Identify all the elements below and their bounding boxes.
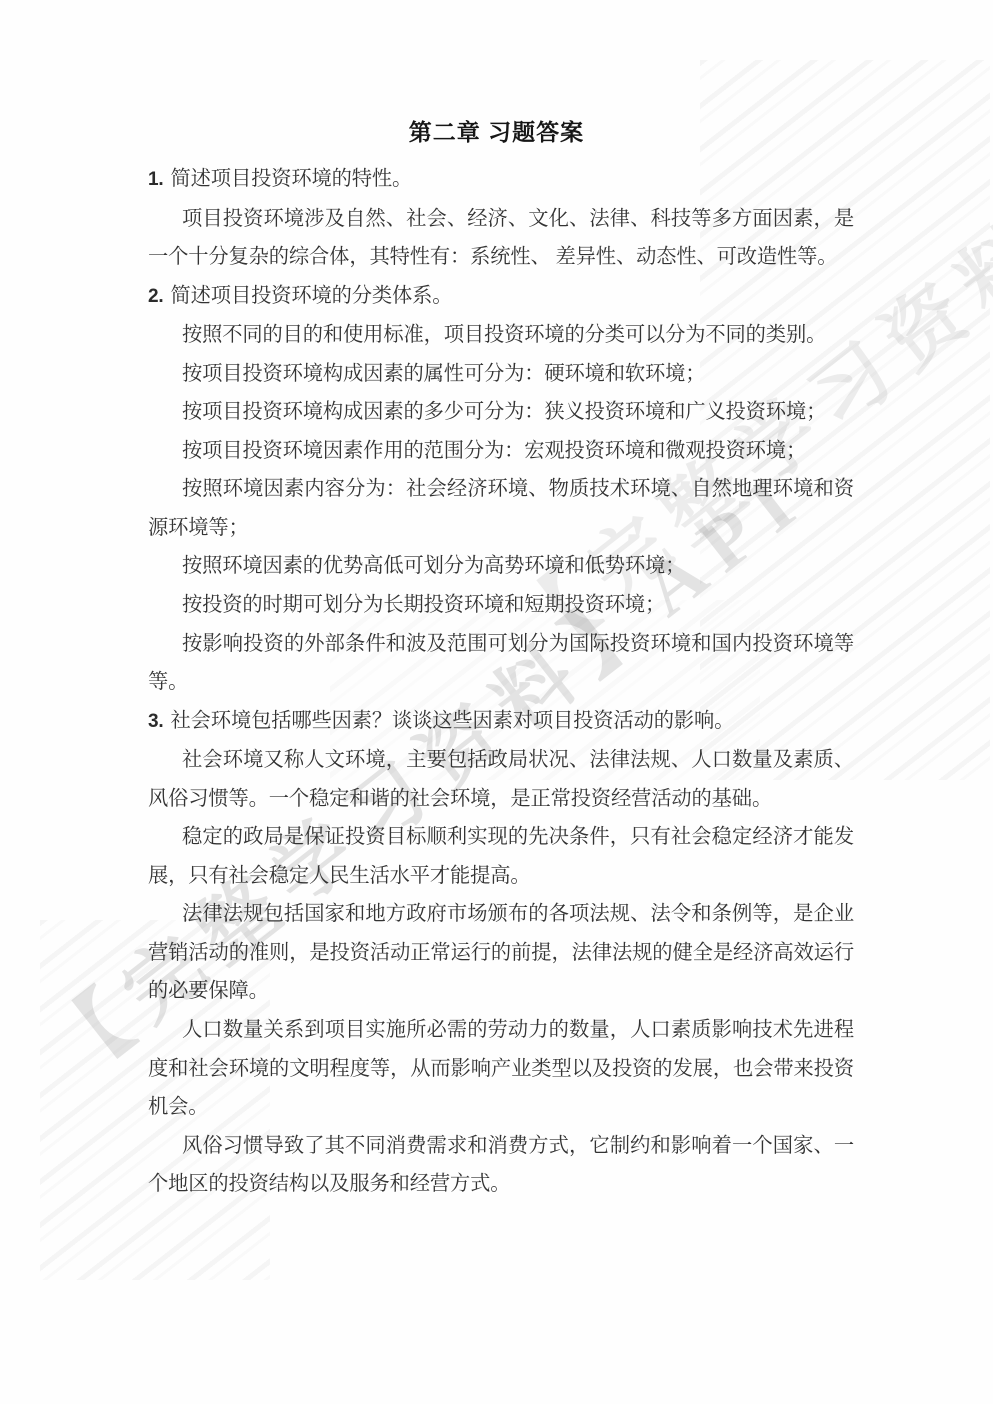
answer-paragraph: 社会环境又称人文环境，主要包括政局状况、法律法规、人口数量及素质、风俗习惯等。一… [148, 741, 854, 818]
answer-paragraph: 按照环境因素内容分为：社会经济环境、物质技术环境、自然地理环境和资源环境等； [148, 470, 854, 547]
question-line-3: 3.社会环境包括哪些因素？谈谈这些因素对项目投资活动的影响。 [148, 702, 854, 742]
question-line-2: 2.简述项目投资环境的分类体系。 [148, 277, 854, 317]
answer-paragraph: 按照不同的目的和使用标准，项目投资环境的分类可以分为不同的类别。 [148, 316, 854, 355]
answer-paragraph: 按照环境因素的优势高低可划分为高势环境和低势环境； [148, 547, 854, 586]
answer-paragraph: 人口数量关系到项目实施所必需的劳动力的数量，人口素质影响技术先进程度和社会环境的… [148, 1011, 854, 1127]
question-text: 简述项目投资环境的特性。 [171, 168, 413, 190]
answer-paragraph: 风俗习惯导致了其不同消费需求和消费方式，它制约和影响着一个国家、一个地区的投资结… [148, 1127, 854, 1204]
document-page: 【完整学习资料】API 【完整学习资料】API 第二章 习题答案 1.简述项目投… [0, 0, 993, 1404]
answer-paragraph: 按投资的时期可划分为长期投资环境和短期投资环境； [148, 586, 854, 625]
answer-paragraph: 项目投资环境涉及自然、社会、经济、文化、法律、科技等多方面因素，是一个十分复杂的… [148, 200, 854, 277]
answer-paragraph: 按项目投资环境构成因素的多少可分为：狭义投资环境和广义投资环境； [148, 393, 854, 432]
answer-paragraph: 按影响投资的外部条件和波及范围可划分为国际投资环境和国内投资环境等等。 [148, 625, 854, 702]
question-text: 简述项目投资环境的分类体系。 [171, 285, 453, 307]
document-body: 1.简述项目投资环境的特性。项目投资环境涉及自然、社会、经济、文化、法律、科技等… [148, 160, 854, 1204]
question-number: 3. [148, 711, 164, 732]
answer-paragraph: 按项目投资环境因素作用的范围分为：宏观投资环境和微观投资环境； [148, 432, 854, 471]
answer-paragraph: 按项目投资环境构成因素的属性可分为：硬环境和软环境； [148, 355, 854, 394]
answer-paragraph: 法律法规包括国家和地方政府市场颁布的各项法规、法令和条例等，是企业营销活动的准则… [148, 895, 854, 1011]
question-number: 1. [148, 169, 164, 190]
page-title: 第二章 习题答案 [0, 112, 993, 152]
question-text: 社会环境包括哪些因素？谈谈这些因素对项目投资活动的影响。 [171, 710, 735, 732]
question-line-1: 1.简述项目投资环境的特性。 [148, 160, 854, 200]
question-number: 2. [148, 286, 164, 307]
answer-paragraph: 稳定的政局是保证投资目标顺利实现的先决条件，只有社会稳定经济才能发展，只有社会稳… [148, 818, 854, 895]
